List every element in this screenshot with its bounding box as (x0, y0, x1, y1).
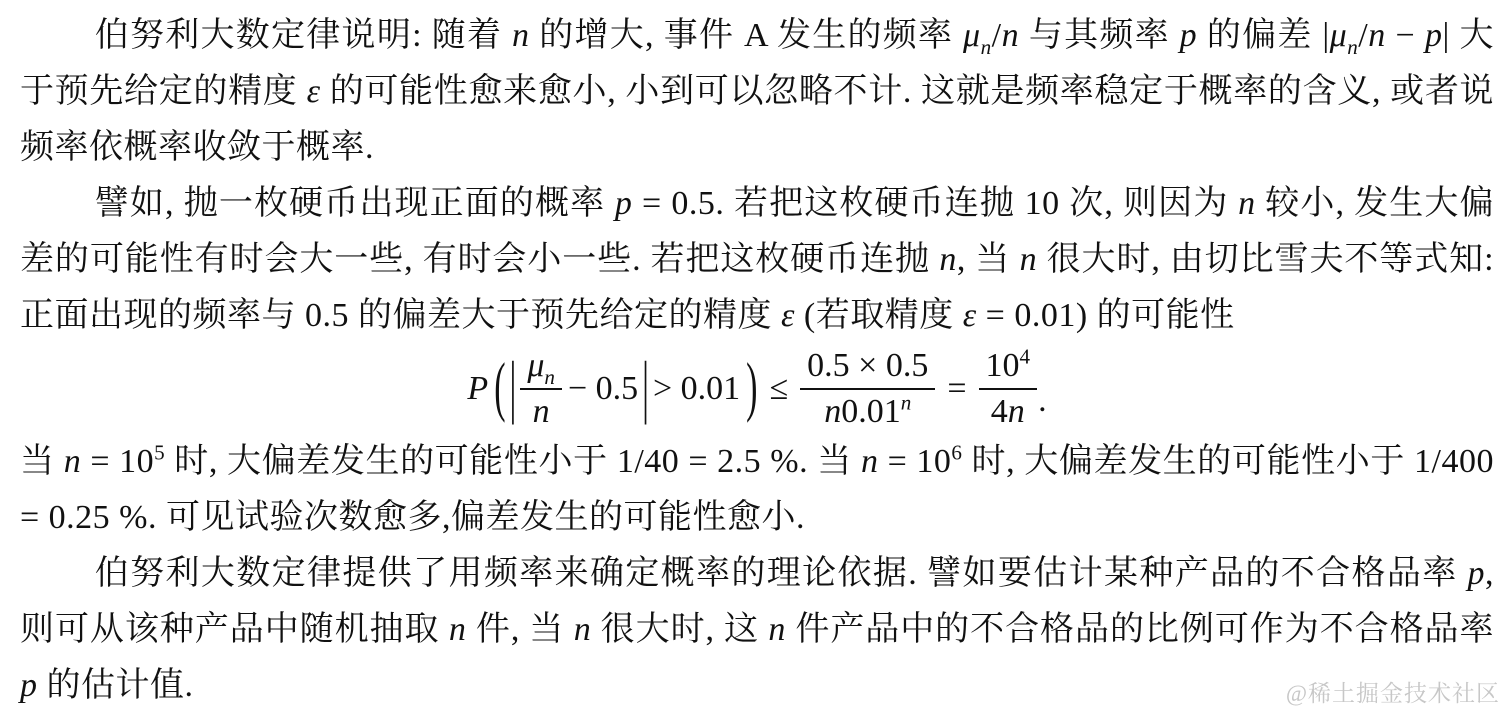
right-paren: ) (746, 352, 757, 426)
display-formula: P ( | μn n − 0.5 | > 0.01 ) ≤ 0.5 × 0.5 … (20, 344, 1494, 434)
left-paren: ( (494, 352, 505, 426)
abs-bar-left: | (510, 350, 517, 428)
paragraph-application: 伯努利大数定律提供了用频率来确定概率的理论依据. 譬如要估计某种产品的不合格品率… (20, 546, 1494, 714)
fraction-frequency-numerator: μn (520, 347, 562, 390)
fraction-result: 104 4n (979, 347, 1038, 431)
minus-term: − 0.5 (568, 370, 638, 408)
greater-term: > 0.01 (653, 370, 740, 408)
fraction-bound-denominator: n0.01n (824, 390, 911, 431)
paragraph-law-explanation: 伯努利大数定律说明: 随着 n 的增大, 事件 A 发生的频率 μn/n 与其频… (20, 8, 1494, 176)
fraction-result-denominator: 4n (991, 390, 1025, 431)
fraction-result-numerator: 104 (979, 347, 1038, 390)
paragraph-deviation-probabilities: 当 n = 105 时, 大偏差发生的可能性小于 1/40 = 2.5 %. 当… (20, 434, 1494, 546)
leq-symbol: ≤ (769, 370, 788, 408)
watermark-juejin-community: @稀土掘金技术社区 (1286, 675, 1500, 708)
math-probability-symbol: P (467, 370, 488, 408)
fraction-frequency-denominator: n (533, 390, 550, 431)
fraction-bound-numerator: 0.5 × 0.5 (800, 347, 935, 390)
equals-symbol: = (947, 370, 966, 408)
formula-period: . (1038, 382, 1047, 434)
textbook-page: 伯努利大数定律说明: 随着 n 的增大, 事件 A 发生的频率 μn/n 与其频… (0, 0, 1512, 714)
paragraph-coin-example: 譬如, 抛一枚硬币出现正面的概率 p = 0.5. 若把这枚硬币连抛 10 次,… (20, 176, 1494, 344)
fraction-bound: 0.5 × 0.5 n0.01n (800, 347, 935, 431)
fraction-frequency: μn n (520, 347, 562, 431)
abs-bar-right: | (642, 350, 649, 428)
